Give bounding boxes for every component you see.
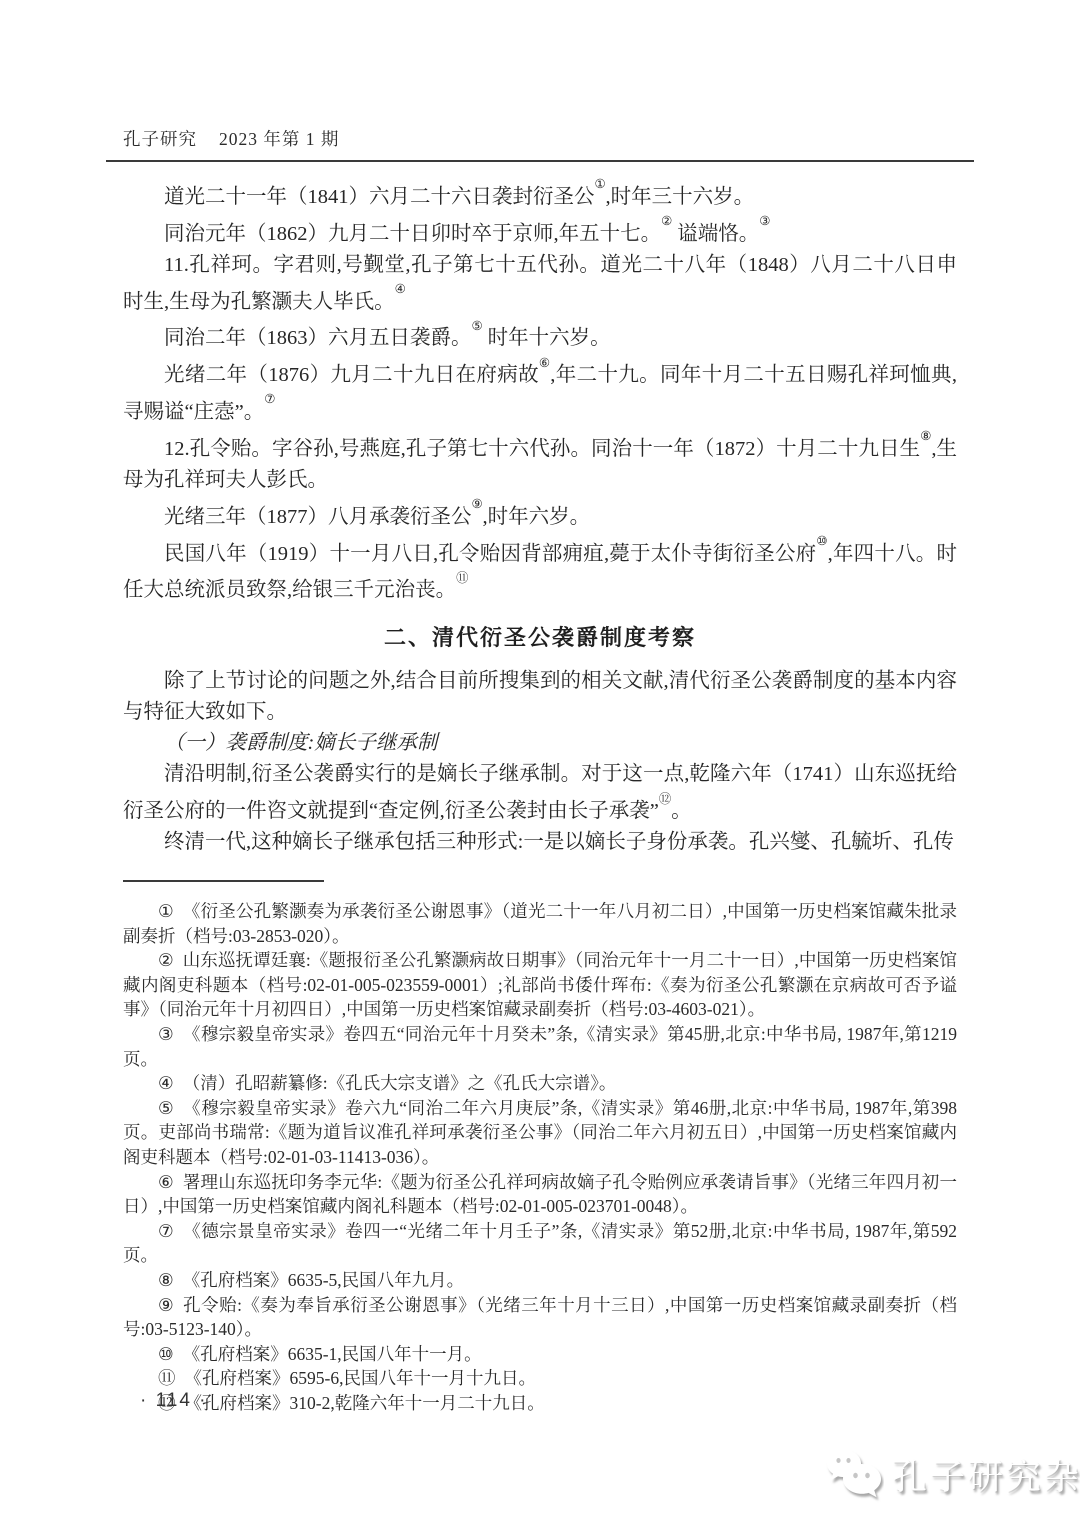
page-number: · 114 · <box>140 1390 208 1412</box>
body-paragraph: 同治元年（1862）九月二十日卯时卒于京师,年五十七。② 谥端恪。③ <box>123 213 957 250</box>
body-paragraph: 12.孔令贻。字谷孙,号燕庭,孔子第七十六代孙。同治十一年（1872）十月二十九… <box>123 428 957 496</box>
footnote-marker: ⑨ <box>158 1295 174 1315</box>
footnote-marker: ① <box>158 901 174 921</box>
footnote-text: 署理山东巡抚印务李元华:《题为衍圣公孔祥珂病故嫡子孔令贻例应承袭请旨事》（光绪三… <box>123 1172 957 1217</box>
footnote-item: ①《衍圣公孔繁灏奏为承袭衍圣公谢恩事》（道光二十一年八月初二日）,中国第一历史档… <box>123 899 957 948</box>
watermark-label: 孔子研究杂志 <box>892 1450 1080 1500</box>
footnote-marker: ⑩ <box>158 1344 174 1364</box>
footnote-text: 《衍圣公孔繁灏奏为承袭衍圣公谢恩事》（道光二十一年八月初二日）,中国第一历史档案… <box>123 901 957 946</box>
footnote-text: 《德宗景皇帝实录》卷四一“光绪二年十月壬子”条,《清实录》第52册,北京:中华书… <box>123 1221 957 1266</box>
section-paragraph: 终清一代,这种嫡长子继承包括三种形式:一是以嫡长子身份承袭。孔兴燮、孔毓圻、孔传 <box>123 827 957 858</box>
body-paragraph: 民国八年（1919）十一月八日,孔令贻因背部痈疽,薨于太仆寺街衍圣公府⑩,年四十… <box>123 533 957 607</box>
footnote-text: 山东巡抚谭廷襄:《题报衍圣公孔繁灏病故日期事》（同治元年十一月二十一日）,中国第… <box>123 950 957 1019</box>
footnote-item: ⑥署理山东巡抚印务李元华:《题为衍圣公孔祥珂病故嫡子孔令贻例应承袭请旨事》（光绪… <box>123 1170 957 1219</box>
body-paragraph: 光绪三年（1877）八月承袭衍圣公⑨,时年六岁。 <box>123 496 957 533</box>
footnote-marker: ⑪ <box>158 1368 176 1388</box>
subsection-heading: （一）袭爵制度:嫡长子继承制 <box>123 728 957 759</box>
footnote-text: 孔令贻:《奏为奉旨承衍圣公谢恩事》（光绪三年十月十三日）,中国第一历史档案馆藏录… <box>123 1295 957 1340</box>
footnote-item: ⑩《孔府档案》6635-1,民国八年十一月。 <box>123 1342 957 1367</box>
footnote-marker: ④ <box>158 1073 174 1093</box>
journal-title: 孔子研究 <box>123 129 197 149</box>
running-head-text: 孔子研究2023 年第 1 期 <box>106 126 974 151</box>
journal-watermark: 孔子研究杂志 <box>824 1447 1080 1503</box>
footnote-item: ⑪《孔府档案》6595-6,民国八年十一月十九日。 <box>123 1366 957 1391</box>
body-paragraph: 道光二十一年（1841）六月二十六日袭封衍圣公①,时年三十六岁。 <box>123 176 957 213</box>
footnote-text: 《孔府档案》6635-1,民国八年十一月。 <box>183 1344 482 1364</box>
footnote-text: 《孔府档案》310-2,乾隆六年十一月二十九日。 <box>185 1393 545 1413</box>
footnote-text: 《孔府档案》6635-5,民国八年九月。 <box>183 1270 464 1290</box>
section-paragraph: 清沿明制,衍圣公袭爵实行的是嫡长子继承制。对于这一点,乾隆六年（1741）山东巡… <box>123 759 957 827</box>
section-heading: 二、清代衍圣公袭爵制度考察 <box>123 623 957 653</box>
article-body: 道光二十一年（1841）六月二十六日袭封衍圣公①,时年三十六岁。 同治元年（18… <box>123 176 957 1416</box>
footnote-text: 《穆宗毅皇帝实录》卷四五“同治元年十月癸未”条,《清实录》第45册,北京:中华书… <box>123 1024 957 1069</box>
footnote-item: ②山东巡抚谭廷襄:《题报衍圣公孔繁灏病故日期事》（同治元年十一月二十一日）,中国… <box>123 948 957 1022</box>
footnote-separator-rule <box>123 880 324 882</box>
footnote-marker: ⑤ <box>158 1098 174 1118</box>
section-paragraph: 除了上节讨论的问题之外,结合目前所搜集到的相关文献,清代衍圣公袭爵制度的基本内容… <box>123 666 957 728</box>
issue-label: 2023 年第 1 期 <box>219 129 339 149</box>
wechat-icon <box>824 1447 884 1503</box>
journal-page: 孔子研究2023 年第 1 期 道光二十一年（1841）六月二十六日袭封衍圣公①… <box>0 0 1080 1526</box>
footnote-item: ⑦《德宗景皇帝实录》卷四一“光绪二年十月壬子”条,《清实录》第52册,北京:中华… <box>123 1219 957 1268</box>
footnote-marker: ② <box>158 950 174 970</box>
footnote-text: 《穆宗毅皇帝实录》卷六九“同治二年六月庚辰”条,《清实录》第46册,北京:中华书… <box>123 1098 957 1167</box>
footnote-item: ③《穆宗毅皇帝实录》卷四五“同治元年十月癸未”条,《清实录》第45册,北京:中华… <box>123 1022 957 1071</box>
footnote-item: ⑤《穆宗毅皇帝实录》卷六九“同治二年六月庚辰”条,《清实录》第46册,北京:中华… <box>123 1096 957 1170</box>
body-paragraph: 11.孔祥珂。字君则,号觐堂,孔子第七十五代孙。道光二十八年（1848）八月二十… <box>123 250 957 318</box>
footnote-marker: ③ <box>158 1024 174 1044</box>
footnote-text: 《孔府档案》6595-6,民国八年十一月十九日。 <box>185 1368 536 1388</box>
footnote-item: ④（清）孔昭薪纂修:《孔氏大宗支谱》之《孔氏大宗谱》。 <box>123 1071 957 1096</box>
footnote-item: ⑧《孔府档案》6635-5,民国八年九月。 <box>123 1268 957 1293</box>
body-paragraph: 光绪二年（1876）九月二十九日在府病故⑥,年二十九。同年十月二十五日赐孔祥珂恤… <box>123 354 957 428</box>
footnote-marker: ⑥ <box>158 1172 174 1192</box>
footnote-text: （清）孔昭薪纂修:《孔氏大宗支谱》之《孔氏大宗谱》。 <box>183 1073 617 1093</box>
running-head: 孔子研究2023 年第 1 期 <box>106 126 974 162</box>
footnote-marker: ⑦ <box>158 1221 174 1241</box>
footnote-item: ⑨孔令贻:《奏为奉旨承衍圣公谢恩事》（光绪三年十月十三日）,中国第一历史档案馆藏… <box>123 1293 957 1342</box>
footnote-item: ⑫《孔府档案》310-2,乾隆六年十一月二十九日。 <box>123 1391 957 1416</box>
body-paragraph: 同治二年（1863）六月五日袭爵。⑤ 时年十六岁。 <box>123 317 957 354</box>
footnote-list: ①《衍圣公孔繁灏奏为承袭衍圣公谢恩事》（道光二十一年八月初二日）,中国第一历史档… <box>123 899 957 1415</box>
footnote-marker: ⑧ <box>158 1270 174 1290</box>
